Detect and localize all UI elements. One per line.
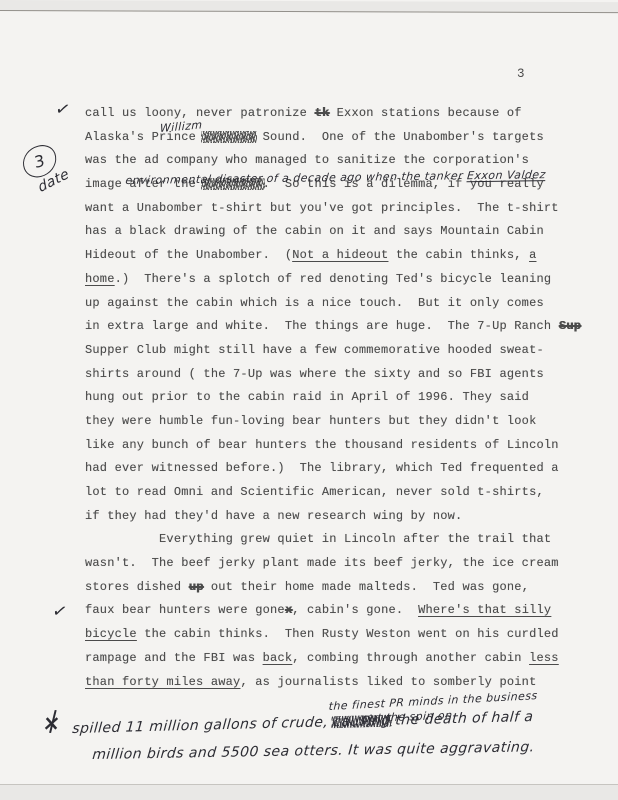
typed-line: bicycle the cabin thinks. Then Rusty Wes… <box>85 623 581 647</box>
typed-text: the cabin thinks. Then Rusty Weston went… <box>137 627 559 641</box>
typed-text: the cabin thinks, <box>388 248 529 262</box>
page-number: 3 <box>517 67 525 81</box>
bottom-note-line2: million birds and 5500 sea otters. It wa… <box>92 739 536 763</box>
typed-text: Sound. One of the Unabomber's targets <box>255 130 544 144</box>
underlined-text: bicycle <box>85 627 137 641</box>
typed-line: they were humble fun-loving bear hunters… <box>85 410 581 434</box>
underlined-text: a <box>529 248 536 262</box>
typed-text: in extra large and white. The things are… <box>85 319 559 333</box>
scan-edge-top <box>0 0 618 13</box>
manuscript-page: 3 call us loony, never patronize tk Exxo… <box>0 0 618 800</box>
scribbled-out-word: causing <box>333 713 391 731</box>
typed-text: was the ad company who managed to saniti… <box>85 153 529 167</box>
struck-overtype: up <box>189 580 204 594</box>
typed-text: Supper Club might still have a few comme… <box>85 343 544 357</box>
typed-text: they were humble fun-loving bear hunters… <box>85 414 536 428</box>
typed-line: lot to read Omni and Scientific American… <box>85 481 581 505</box>
typed-line: want a Unabomber t-shirt but you've got … <box>85 197 581 221</box>
typed-text: want a Unabomber t-shirt but you've got … <box>85 201 559 215</box>
typed-line: Everything grew quiet in Lincoln after t… <box>85 528 581 552</box>
underlined-text: Exxon Valdez <box>466 168 546 182</box>
typed-line: has a black drawing of the cabin on it a… <box>85 220 581 244</box>
scribbled-out-word: xxxxxxx <box>203 130 255 144</box>
typed-line: stores dished up out their home made mal… <box>85 576 581 600</box>
typed-text: rampage and the FBI was <box>85 651 263 665</box>
struck-overtype: Sup <box>559 319 581 333</box>
typed-line: had ever witnessed before.) The library,… <box>85 457 581 481</box>
typed-line: if they had they'd have a new research w… <box>85 505 581 529</box>
typed-line: up against the cabin which is a nice tou… <box>85 292 581 316</box>
typed-line: wasn't. The beef jerky plant made its be… <box>85 552 581 576</box>
typed-text: up against the cabin which is a nice tou… <box>85 296 544 310</box>
typed-text: shirts around ( the 7-Up was where the s… <box>85 367 544 381</box>
typed-text: spilled 11 million gallons of crude, <box>72 714 334 737</box>
typed-text: the death of half a <box>390 709 534 729</box>
typed-line: faux bear hunters were gonex, cabin's go… <box>85 599 581 623</box>
underlined-text: Where's that silly <box>418 603 551 617</box>
checkmark-top: ✓ <box>53 99 72 121</box>
underlined-text: less <box>529 651 559 665</box>
typed-text: wasn't. The beef jerky plant made its be… <box>85 556 559 570</box>
typed-text: has a black drawing of the cabin on it a… <box>85 224 544 238</box>
typed-text: , as journalists liked to somberly point <box>240 675 536 689</box>
typed-text: , cabin's gone. <box>292 603 418 617</box>
struck-overtype: tk <box>314 106 329 120</box>
typed-line: in extra large and white. The things are… <box>85 315 581 339</box>
typed-text: Exxon stations because of <box>329 106 521 120</box>
typed-text: .) There's a splotch of red denoting Ted… <box>115 272 552 286</box>
typed-text: out their home made malteds. Ted was gon… <box>203 580 529 594</box>
typed-text: , combing through another cabin <box>292 651 529 665</box>
typed-text: lot to read Omni and Scientific American… <box>85 485 544 499</box>
typed-text-block: call us loony, never patronize tk Exxon … <box>85 102 581 694</box>
typed-text: Everything grew quiet in Lincoln after t… <box>85 532 551 546</box>
underlined-text: back <box>263 651 293 665</box>
bottom-note-line1: spilled 11 million gallons of crude, cau… <box>72 709 534 737</box>
typed-text: hung out prior to the cabin raid in Apri… <box>85 390 529 404</box>
underlined-text: Not a hideout <box>292 248 388 262</box>
typed-line: shirts around ( the 7-Up was where the s… <box>85 363 581 387</box>
checkmark-mid: ✓ <box>50 601 69 623</box>
typed-text: Hideout of the Unabomber. ( <box>85 248 292 262</box>
typed-line: Hideout of the Unabomber. (Not a hideout… <box>85 244 581 268</box>
typed-line: like any bunch of bear hunters the thous… <box>85 434 581 458</box>
typed-text: stores dished <box>85 580 189 594</box>
typed-line: Supper Club might still have a few comme… <box>85 339 581 363</box>
typed-text: faux bear hunters were gone <box>85 603 285 617</box>
underlined-text: home <box>85 272 115 286</box>
typed-line: rampage and the FBI was back, combing th… <box>85 647 581 671</box>
typed-text: had ever witnessed before.) The library,… <box>85 461 559 475</box>
underlined-text: than forty miles away <box>85 675 240 689</box>
typed-line: home.) There's a splotch of red denoting… <box>85 268 581 292</box>
scan-edge-bottom <box>0 784 618 800</box>
typed-text: like any bunch of bear hunters the thous… <box>85 438 559 452</box>
typed-line: hung out prior to the cabin raid in Apri… <box>85 386 581 410</box>
typed-text: if they had they'd have a new research w… <box>85 509 462 523</box>
asterisk-mark: × <box>41 711 62 735</box>
